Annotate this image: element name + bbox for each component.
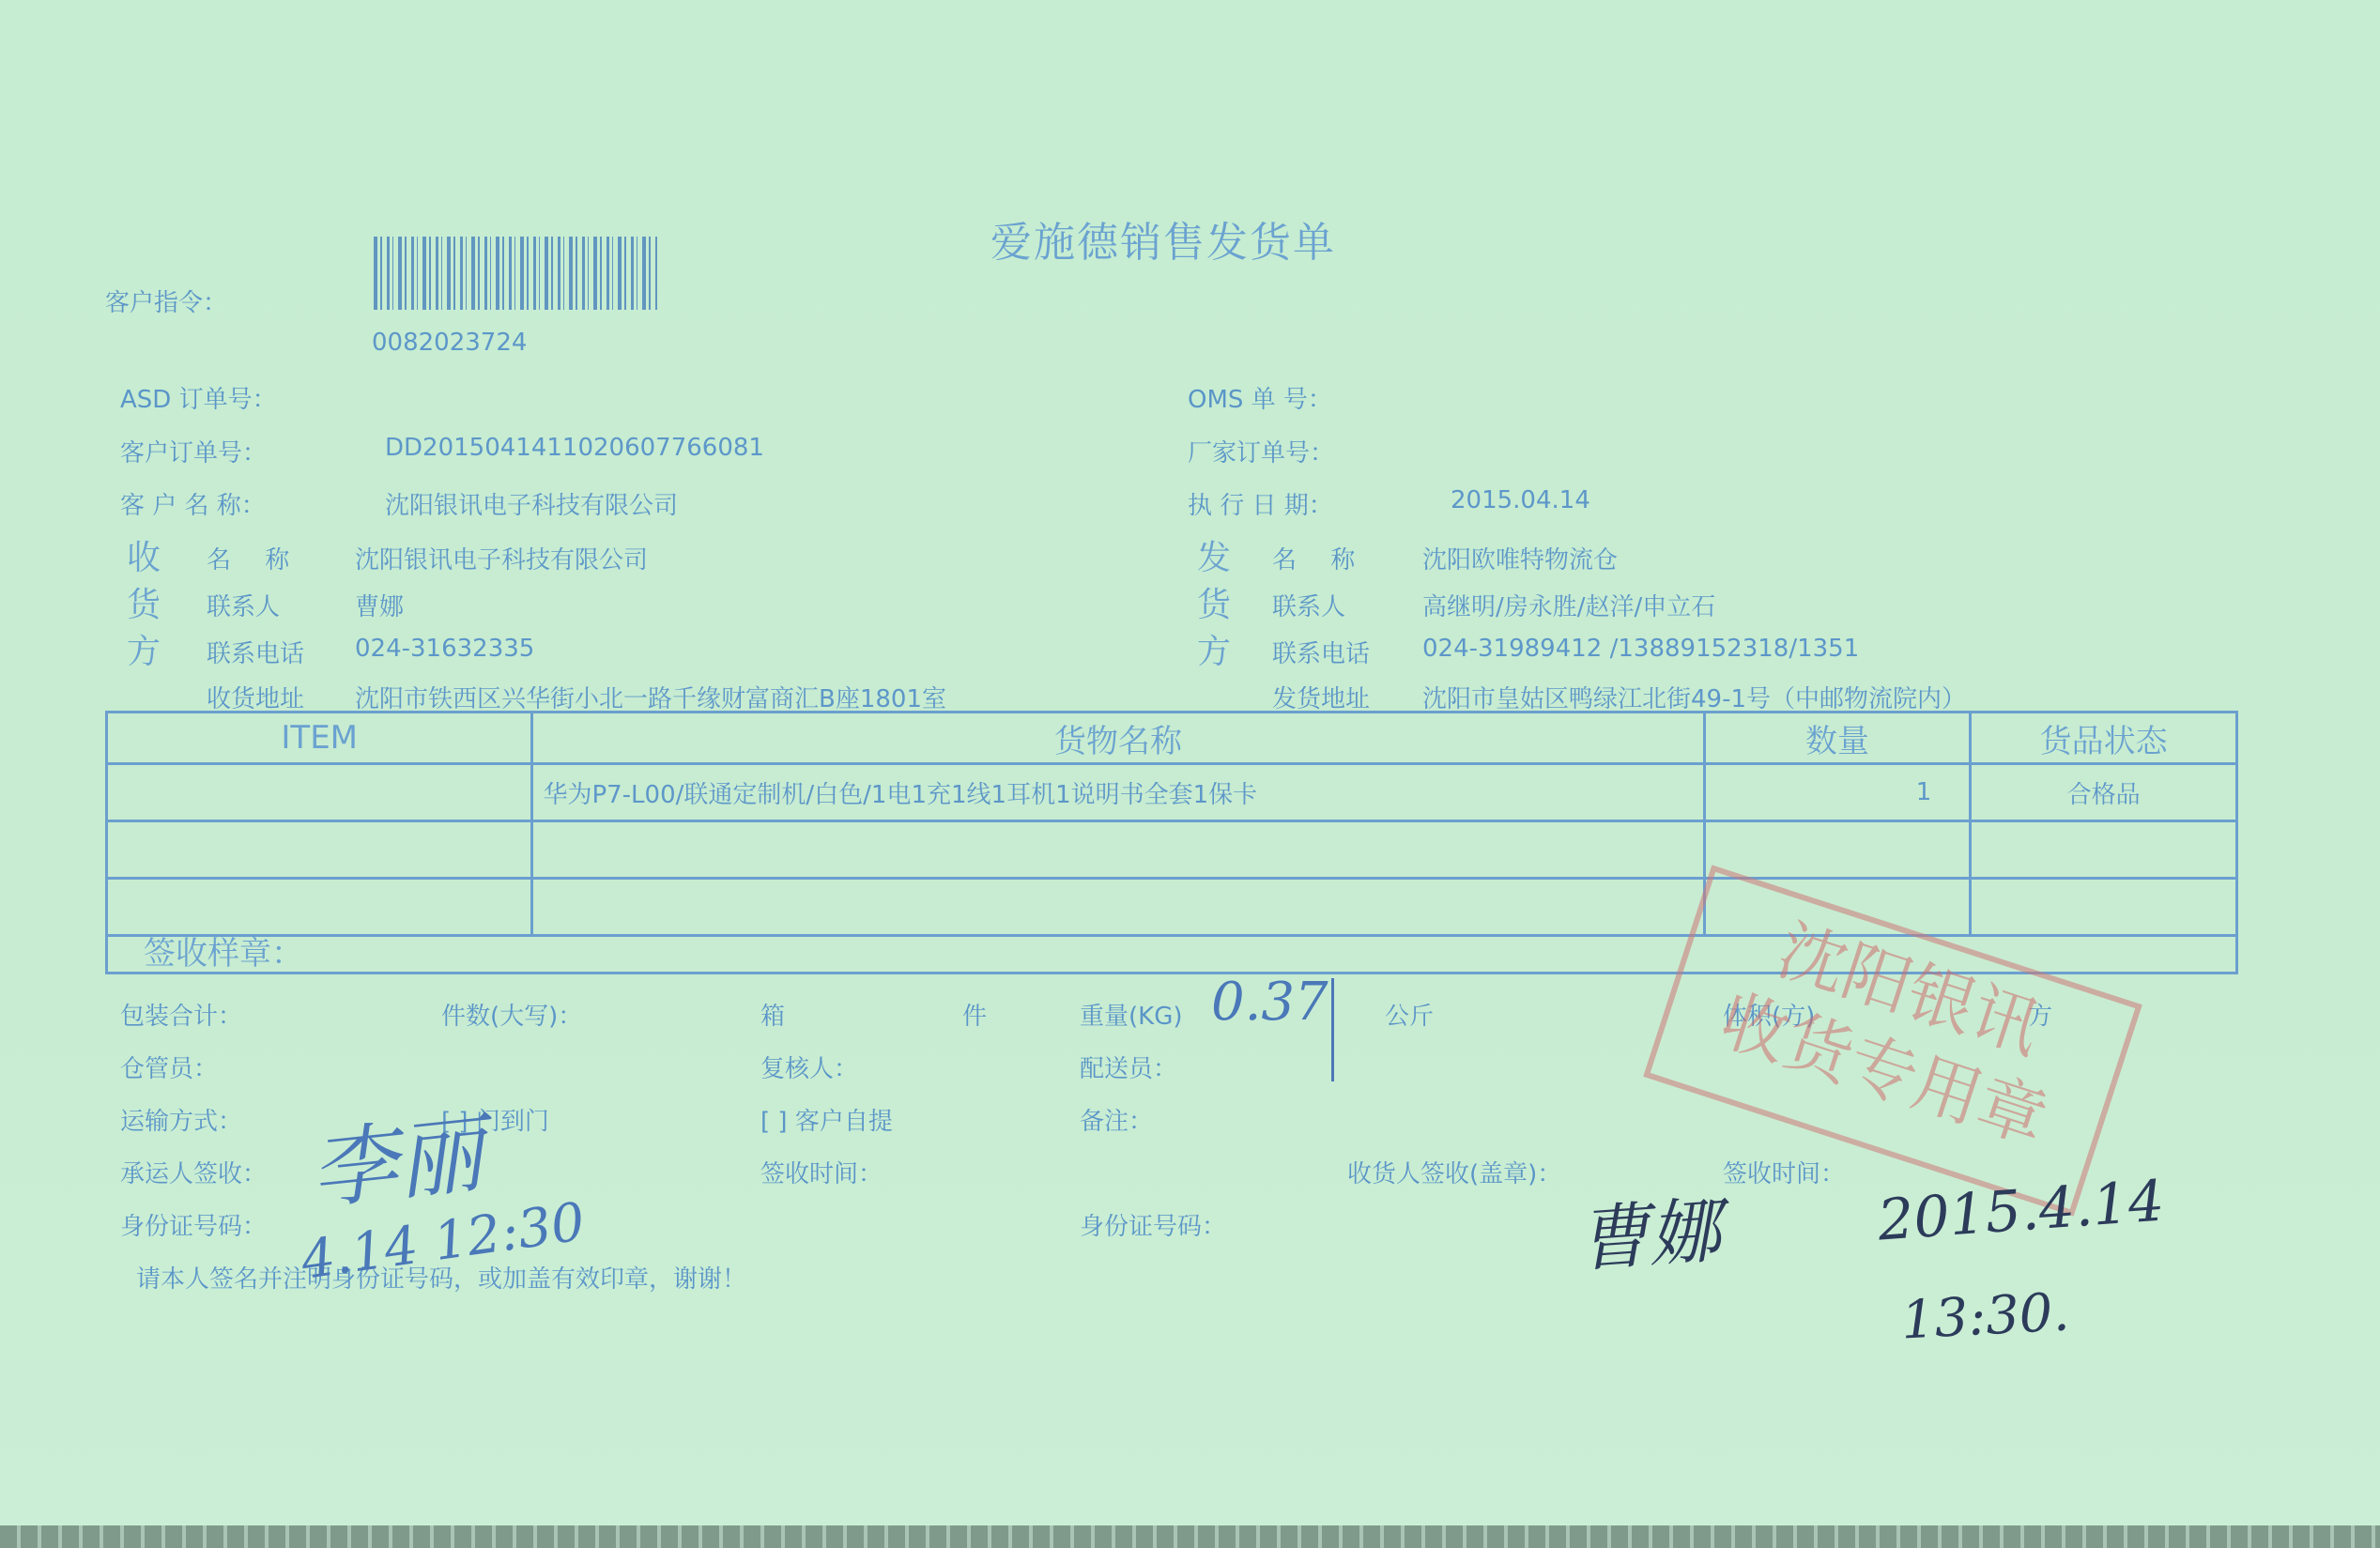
sender-address-value: 沈阳市皇姑区鸭绿江北街49-1号（中邮物流院内）: [1422, 680, 1966, 714]
receiver-name-label: 名 称: [207, 541, 302, 575]
row-status: [1971, 821, 2237, 879]
row-goods-name: 华为P7-L00/联通定制机/白色/1电1充1线1耳机1说明书全套1保卡: [532, 764, 1704, 821]
sender-side-char: 货: [1197, 578, 1231, 626]
goods-table: ITEM 货物名称 数量 货品状态 华为P7-L00/联通定制机/白色/1电1充…: [105, 711, 2238, 937]
weight-value: 0.37: [1211, 972, 1328, 1033]
customer-name-label: 客 户 名 称：: [120, 486, 266, 521]
row-goods-name: [532, 821, 1704, 879]
paper-perforated-edge: [0, 1525, 2380, 1548]
receiver-phone-label: 联系电话: [207, 635, 304, 669]
barcode-icon: [374, 237, 657, 310]
row-item: [107, 821, 532, 879]
exec-date-label: 执 行 日 期：: [1188, 486, 1333, 521]
header-status: 货品状态: [1971, 713, 2237, 764]
exec-date-value: 2015.04.14: [1451, 486, 1590, 514]
customer-order-value: DD2015041411020607766081: [385, 434, 764, 462]
header-quantity: 数量: [1704, 713, 1971, 764]
sign-sample-label: 签收样章：: [144, 927, 303, 973]
customer-order-label: 客户订单号：: [120, 434, 267, 468]
header-goods-name: 货物名称: [532, 713, 1704, 764]
sender-name-value: 沈阳欧唯特物流仓: [1422, 541, 1618, 575]
receiver-sign-label: 收货人签收(盖章)：: [1347, 1155, 1561, 1189]
customer-name-value: 沈阳银讯电子科技有限公司: [385, 486, 678, 521]
id-number-label: 身份证号码：: [120, 1207, 267, 1242]
receiver-contact-label: 联系人: [207, 588, 280, 622]
warehouse-keeper-label: 仓管员：: [120, 1050, 218, 1084]
receiver-address-label: 收货地址: [207, 680, 304, 714]
row-quantity: [1704, 821, 1971, 879]
receiver-signature: 曹娜: [1574, 1173, 1723, 1285]
piece-unit: 件: [962, 997, 987, 1032]
reviewer-label: 复核人：: [760, 1050, 858, 1084]
document-title: 爱施德销售发货单: [990, 208, 1336, 268]
carrier-sign-label: 承运人签收：: [120, 1155, 267, 1189]
receiver-side-char: 方: [127, 625, 161, 673]
sender-side-char: 发: [1197, 531, 1231, 579]
receiver-side-char: 收: [127, 531, 161, 579]
receiver-sign-time-label: 签收时间：: [1723, 1155, 1845, 1189]
receiver-side-char: 货: [127, 578, 161, 626]
receiver-name-value: 沈阳银讯电子科技有限公司: [355, 541, 648, 575]
sender-contact-value: 高继明/房永胜/赵洋/申立石: [1422, 588, 1715, 622]
row-status: 合格品: [1971, 764, 2237, 821]
sender-phone-label: 联系电话: [1272, 635, 1370, 669]
oms-label: OMS 单 号：: [1188, 380, 1332, 415]
transport-label: 运输方式：: [120, 1102, 242, 1137]
self-pickup-checkbox[interactable]: [ ] 客户自提: [760, 1102, 893, 1137]
receiver-sign-time: 13:30.: [1899, 1281, 2070, 1351]
weight-label: 重量(KG): [1080, 997, 1183, 1032]
sender-phone-value: 024-31989412 /13889152318/1351: [1422, 635, 1859, 663]
sender-name-label: 名 称: [1272, 541, 1368, 575]
remark-label: 备注：: [1080, 1102, 1153, 1137]
package-total-label: 包装合计：: [120, 997, 242, 1032]
row-item: [107, 764, 532, 821]
factory-order-label: 厂家订单号：: [1188, 434, 1334, 468]
delivery-person-label: 配送员：: [1080, 1050, 1177, 1084]
receiver-phone-value: 024-31632335: [355, 635, 534, 663]
table-row: [107, 821, 2237, 879]
carrier-sign-time-label: 签收时间：: [760, 1155, 883, 1189]
barcode-number: 0082023724: [372, 329, 527, 357]
asd-order-label: ASD 订单号：: [120, 380, 277, 415]
receiver-contact-value: 曹娜: [355, 588, 404, 622]
carrier-signature: 李丽: [304, 1085, 489, 1227]
sender-contact-label: 联系人: [1272, 588, 1345, 622]
handwritten-stroke: [1331, 978, 1334, 1081]
row-quantity: 1: [1704, 764, 1971, 821]
receiver-address-value: 沈阳市铁西区兴华街小北一路千缘财富商汇B座1801室: [355, 680, 946, 714]
table-row: 华为P7-L00/联通定制机/白色/1电1充1线1耳机1说明书全套1保卡 1 合…: [107, 764, 2237, 821]
sender-address-label: 发货地址: [1272, 680, 1370, 714]
header-item: ITEM: [107, 713, 532, 764]
customer-instruction-label: 客户指令：: [105, 284, 227, 318]
id-number-label: 身份证号码：: [1080, 1207, 1226, 1242]
box-unit: 箱: [760, 997, 785, 1032]
pieces-label: 件数(大写)：: [441, 997, 582, 1032]
weight-unit: 公斤: [1385, 997, 1434, 1032]
goods-table-header: ITEM 货物名称 数量 货品状态: [107, 713, 2237, 764]
sender-side-char: 方: [1197, 625, 1231, 673]
